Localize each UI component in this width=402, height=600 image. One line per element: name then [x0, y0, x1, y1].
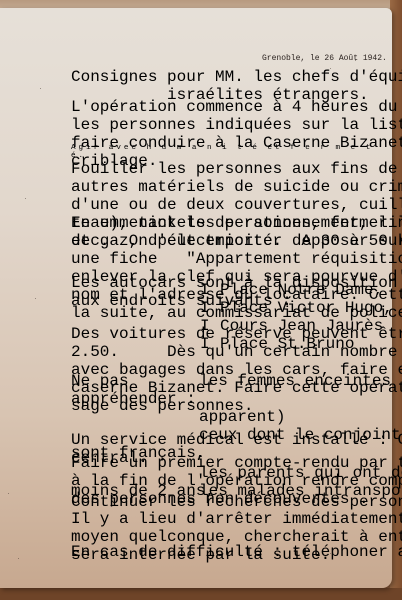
text-line: d'une ou de deux couvertures, cuiller, f…: [71, 196, 402, 214]
typewritten-document: Grenoble, le 26 Août 1942. Consignes pou…: [0, 8, 392, 588]
paragraph-difficulty-phone: En cas de difficulté : téléphoner au 2.5…: [71, 543, 402, 561]
text-line: Il y a lieu d'arrêter immédiatement tout…: [71, 510, 402, 528]
text-line: Des voitures de réserve peuvent être réc…: [71, 325, 402, 343]
ink-speck: [8, 493, 9, 494]
exemption-left: [71, 408, 199, 426]
exemption-row: apparent): [71, 408, 402, 426]
text-line: Faire un premier compte-rendu par téléph…: [71, 454, 402, 472]
location-place: Place Victor Hugo,: [220, 299, 393, 317]
text-line: à la fin de l'opération rendre compte de…: [71, 472, 402, 490]
ink-speck: [40, 88, 41, 89]
ink-speck: [18, 558, 19, 559]
ink-speck: [25, 198, 26, 199]
text-line: En emmenant les personnes, fermer le log…: [71, 214, 402, 232]
exemptions-label: Ne pas appréhender :: [71, 372, 199, 408]
subject-line: Consignes pour MM. les chefs d'équipe en…: [71, 68, 402, 86]
wall-background-bottom: [0, 588, 402, 600]
date-line: Grenoble, le 26 Août 1942.: [262, 54, 387, 63]
text-line: de gaz, d'électricité. Apposer sur la po…: [71, 232, 402, 250]
location-item: I Place Notre Dame,: [200, 281, 402, 299]
exemption-text: apparent): [199, 408, 285, 426]
paragraph-continue-search: Continuer les recherches des personnes d…: [71, 493, 402, 511]
text-line: une fiche "Appartement réquisitionné" Fe…: [71, 250, 402, 268]
text-line: les personnes indiquées sur la liste qui…: [71, 116, 402, 134]
motto-heading: Agir avec h u m a n i t é et f e r m e t…: [71, 144, 392, 160]
location-place: Place Notre Dame,: [220, 281, 383, 299]
exemption-text: les femmes enceintes (état de grossesse: [199, 372, 402, 408]
exemption-row: Ne pas appréhender : les femmes enceinte…: [71, 372, 402, 408]
text-line: 2.50. Dès qu'un certain nombre de person…: [71, 343, 402, 361]
location-item: I Place Victor Hugo,: [200, 299, 402, 317]
ink-speck: [35, 298, 36, 299]
text-line: Un service médical est installé : Casern…: [71, 431, 402, 449]
text-line: Fouiller les personnes aux fins de leur …: [71, 160, 402, 178]
text-line: autres matériels de suicide ou crime. Le…: [71, 178, 402, 196]
location-count: I: [200, 299, 220, 317]
location-count: I: [200, 281, 220, 299]
text-line: L'opération commence à 4 heures du matin…: [71, 98, 402, 116]
